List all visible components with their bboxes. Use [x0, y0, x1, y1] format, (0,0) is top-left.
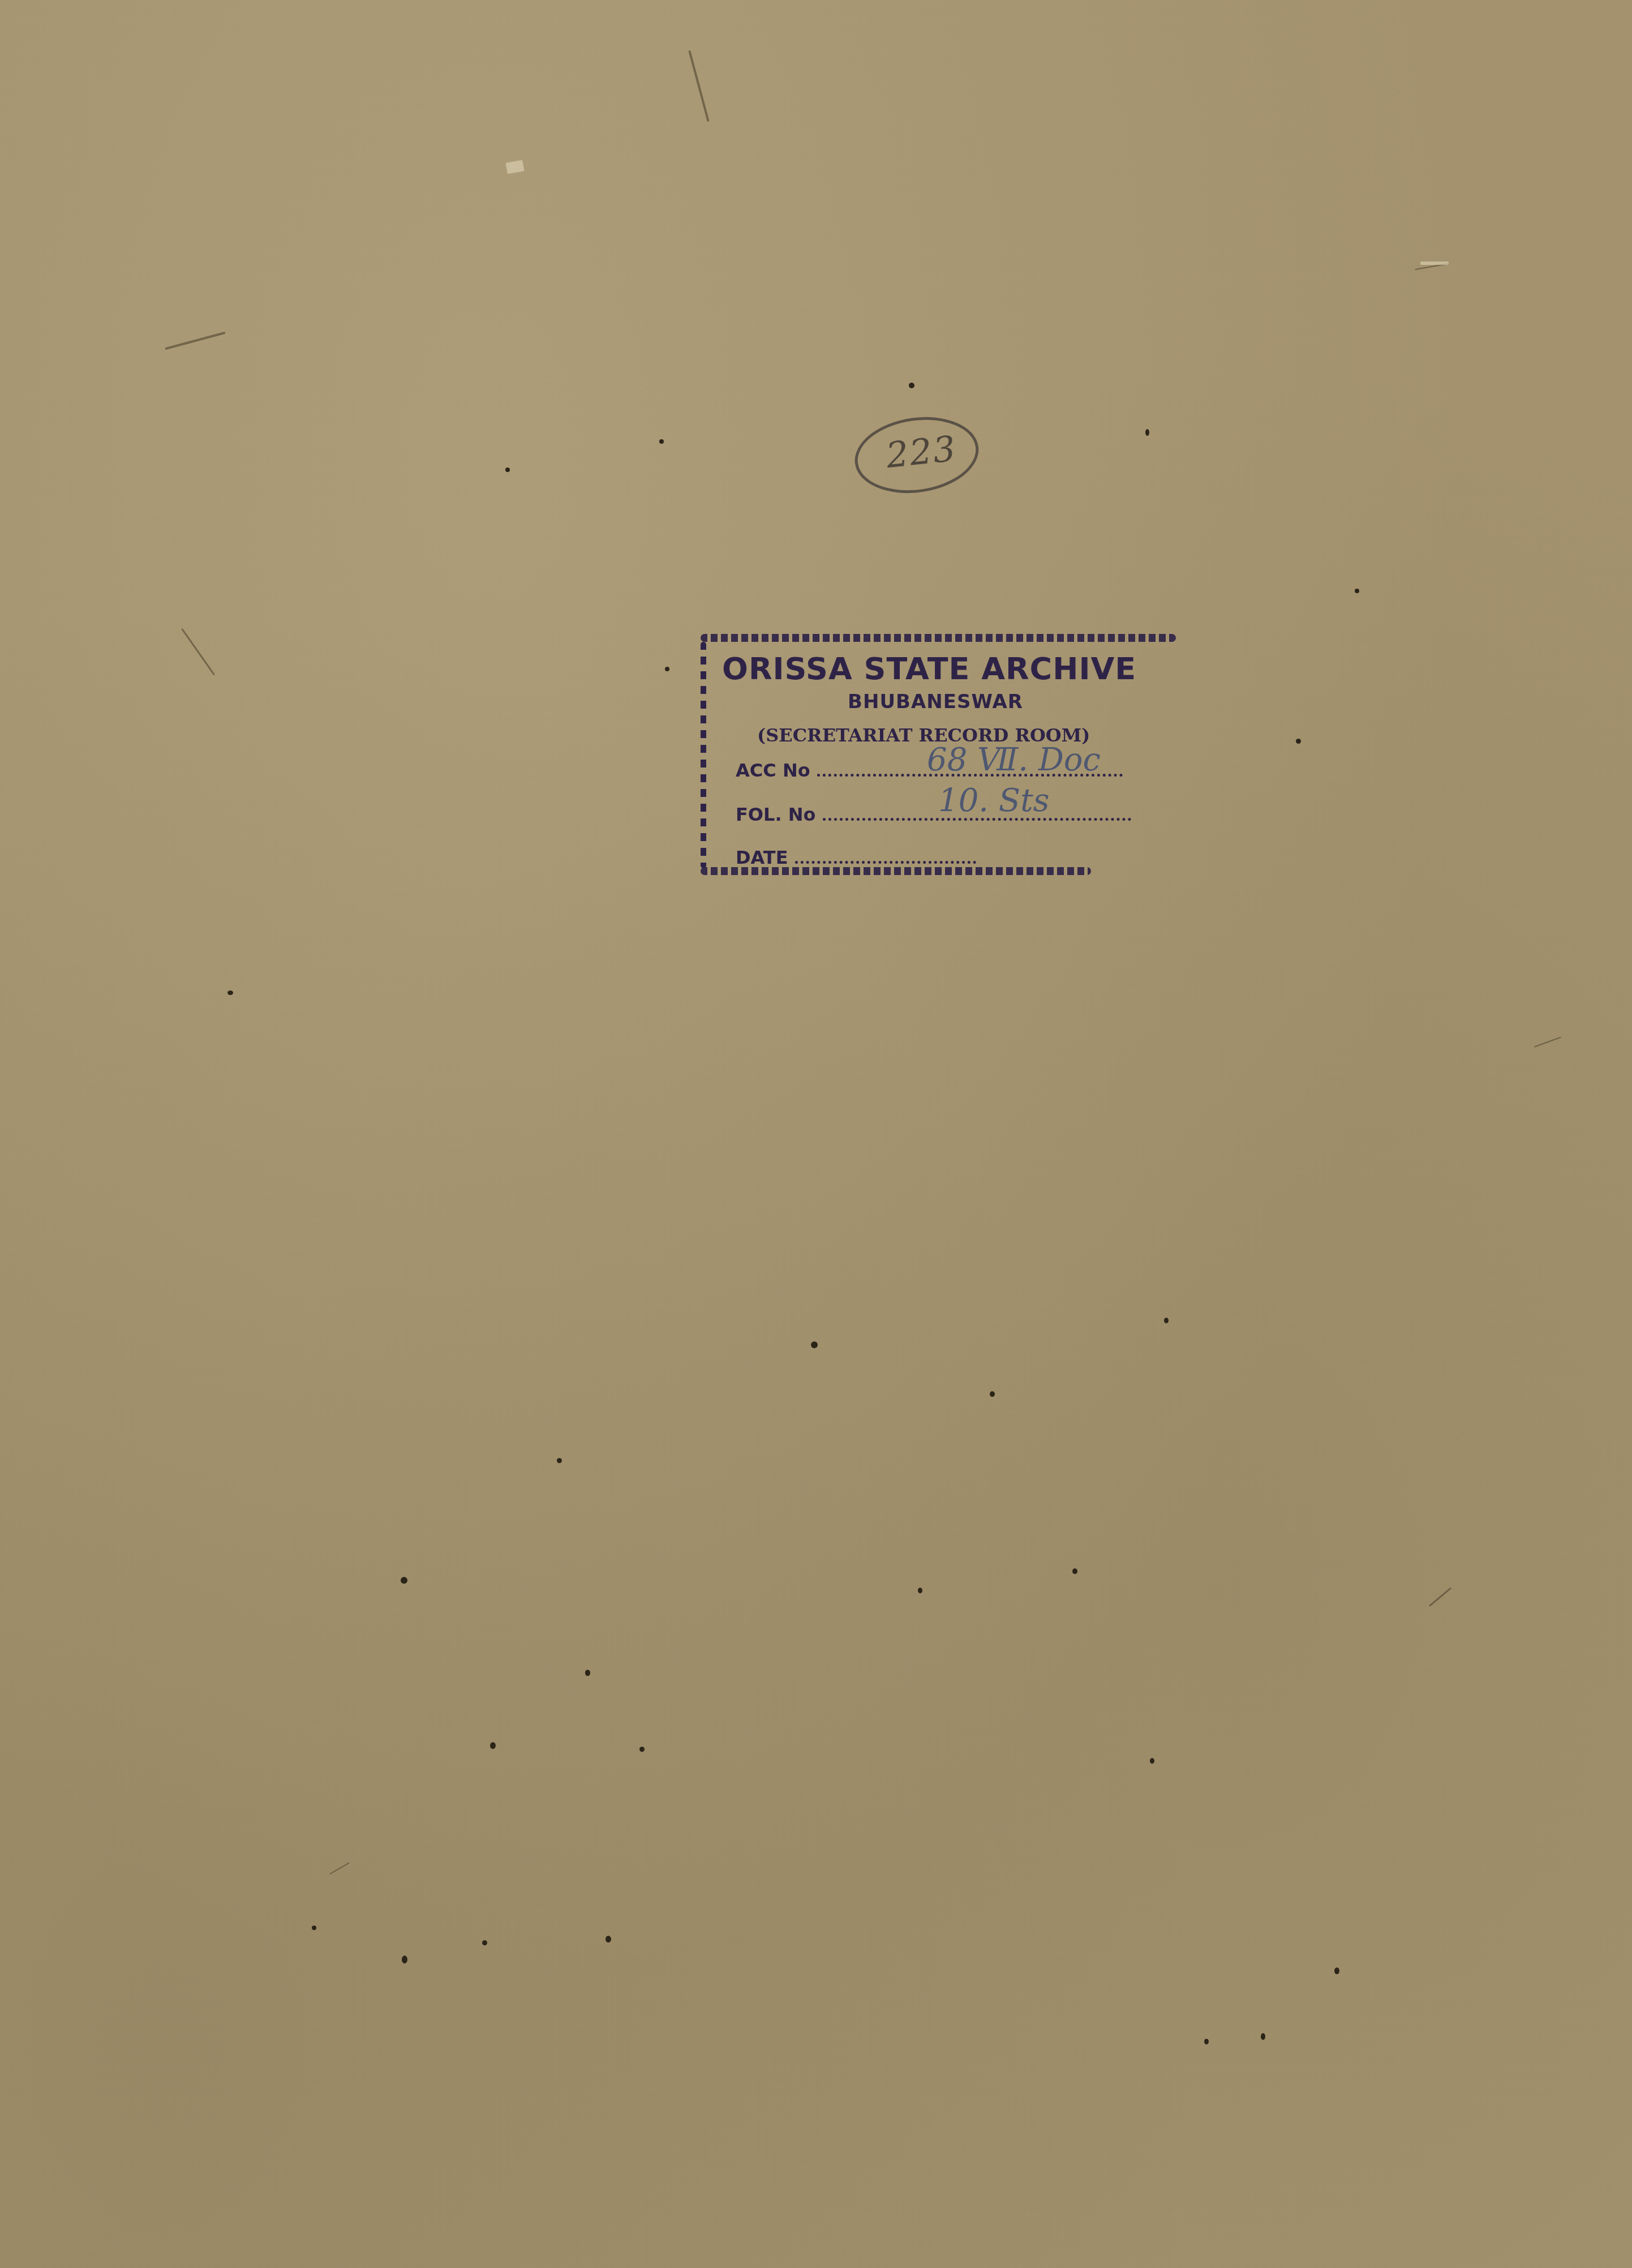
- acc-no-label: ACC No: [736, 760, 810, 781]
- date-dotted-line: [795, 861, 976, 864]
- paper-speck: [505, 468, 510, 472]
- paper-speck: [605, 1936, 611, 1943]
- paper-speck: [918, 1588, 922, 1593]
- paper-fiber: [181, 628, 215, 676]
- paper-fiber: [1534, 1037, 1561, 1048]
- paper-speck: [1261, 2033, 1265, 2040]
- paper-speck: [1296, 739, 1301, 744]
- paper-speck: [585, 1670, 590, 1676]
- archive-stamp: ORISSA STATE ARCHIVE BHUBANESWAR (SECRET…: [701, 634, 1170, 883]
- paper-speck: [1204, 2039, 1209, 2044]
- paper-fiber: [1429, 1587, 1451, 1606]
- acc-no-value: 68 Ⅶ. Doc: [927, 741, 1101, 778]
- paper-speck: [1072, 1568, 1077, 1574]
- fol-no-label: FOL. No: [736, 804, 816, 825]
- paper-speck: [1355, 589, 1359, 593]
- paper-fiber: [505, 160, 524, 174]
- paper-speck: [227, 991, 233, 995]
- stamp-border-top: [701, 634, 1176, 642]
- paper-speck: [402, 1956, 407, 1963]
- paper-speck: [665, 667, 669, 671]
- paper-fiber: [1420, 261, 1449, 265]
- stamp-city: BHUBANESWAR: [766, 691, 1105, 713]
- fol-no-value: 10. Sts: [938, 782, 1049, 819]
- paper-speck: [1334, 1967, 1339, 1974]
- stamp-border-left: [701, 642, 706, 868]
- paper-fiber: [165, 332, 225, 350]
- stamp-title: ORISSA STATE ARCHIVE: [722, 651, 1136, 687]
- paper-speck: [1150, 1758, 1154, 1764]
- date-label: DATE: [736, 847, 788, 868]
- stamp-border-bottom: [701, 867, 1091, 875]
- paper-speck: [639, 1747, 645, 1752]
- paper-fiber: [688, 50, 710, 122]
- paper-speck: [909, 383, 914, 388]
- paper-speck: [1145, 429, 1149, 436]
- pencil-page-number: 223: [884, 428, 956, 476]
- paper-speck: [490, 1742, 496, 1749]
- paper-speck: [990, 1391, 995, 1397]
- paper-speck: [482, 1940, 487, 1945]
- paper-speck: [557, 1458, 562, 1463]
- paper-fiber: [329, 1862, 350, 1875]
- paper-speck: [401, 1577, 407, 1584]
- paper-speck: [312, 1926, 316, 1930]
- paper-speck: [811, 1341, 818, 1348]
- paper-speck: [1164, 1318, 1169, 1323]
- date-row: DATE: [736, 847, 976, 868]
- fol-no-row: FOL. No: [736, 804, 1131, 825]
- paper-speck: [659, 439, 664, 444]
